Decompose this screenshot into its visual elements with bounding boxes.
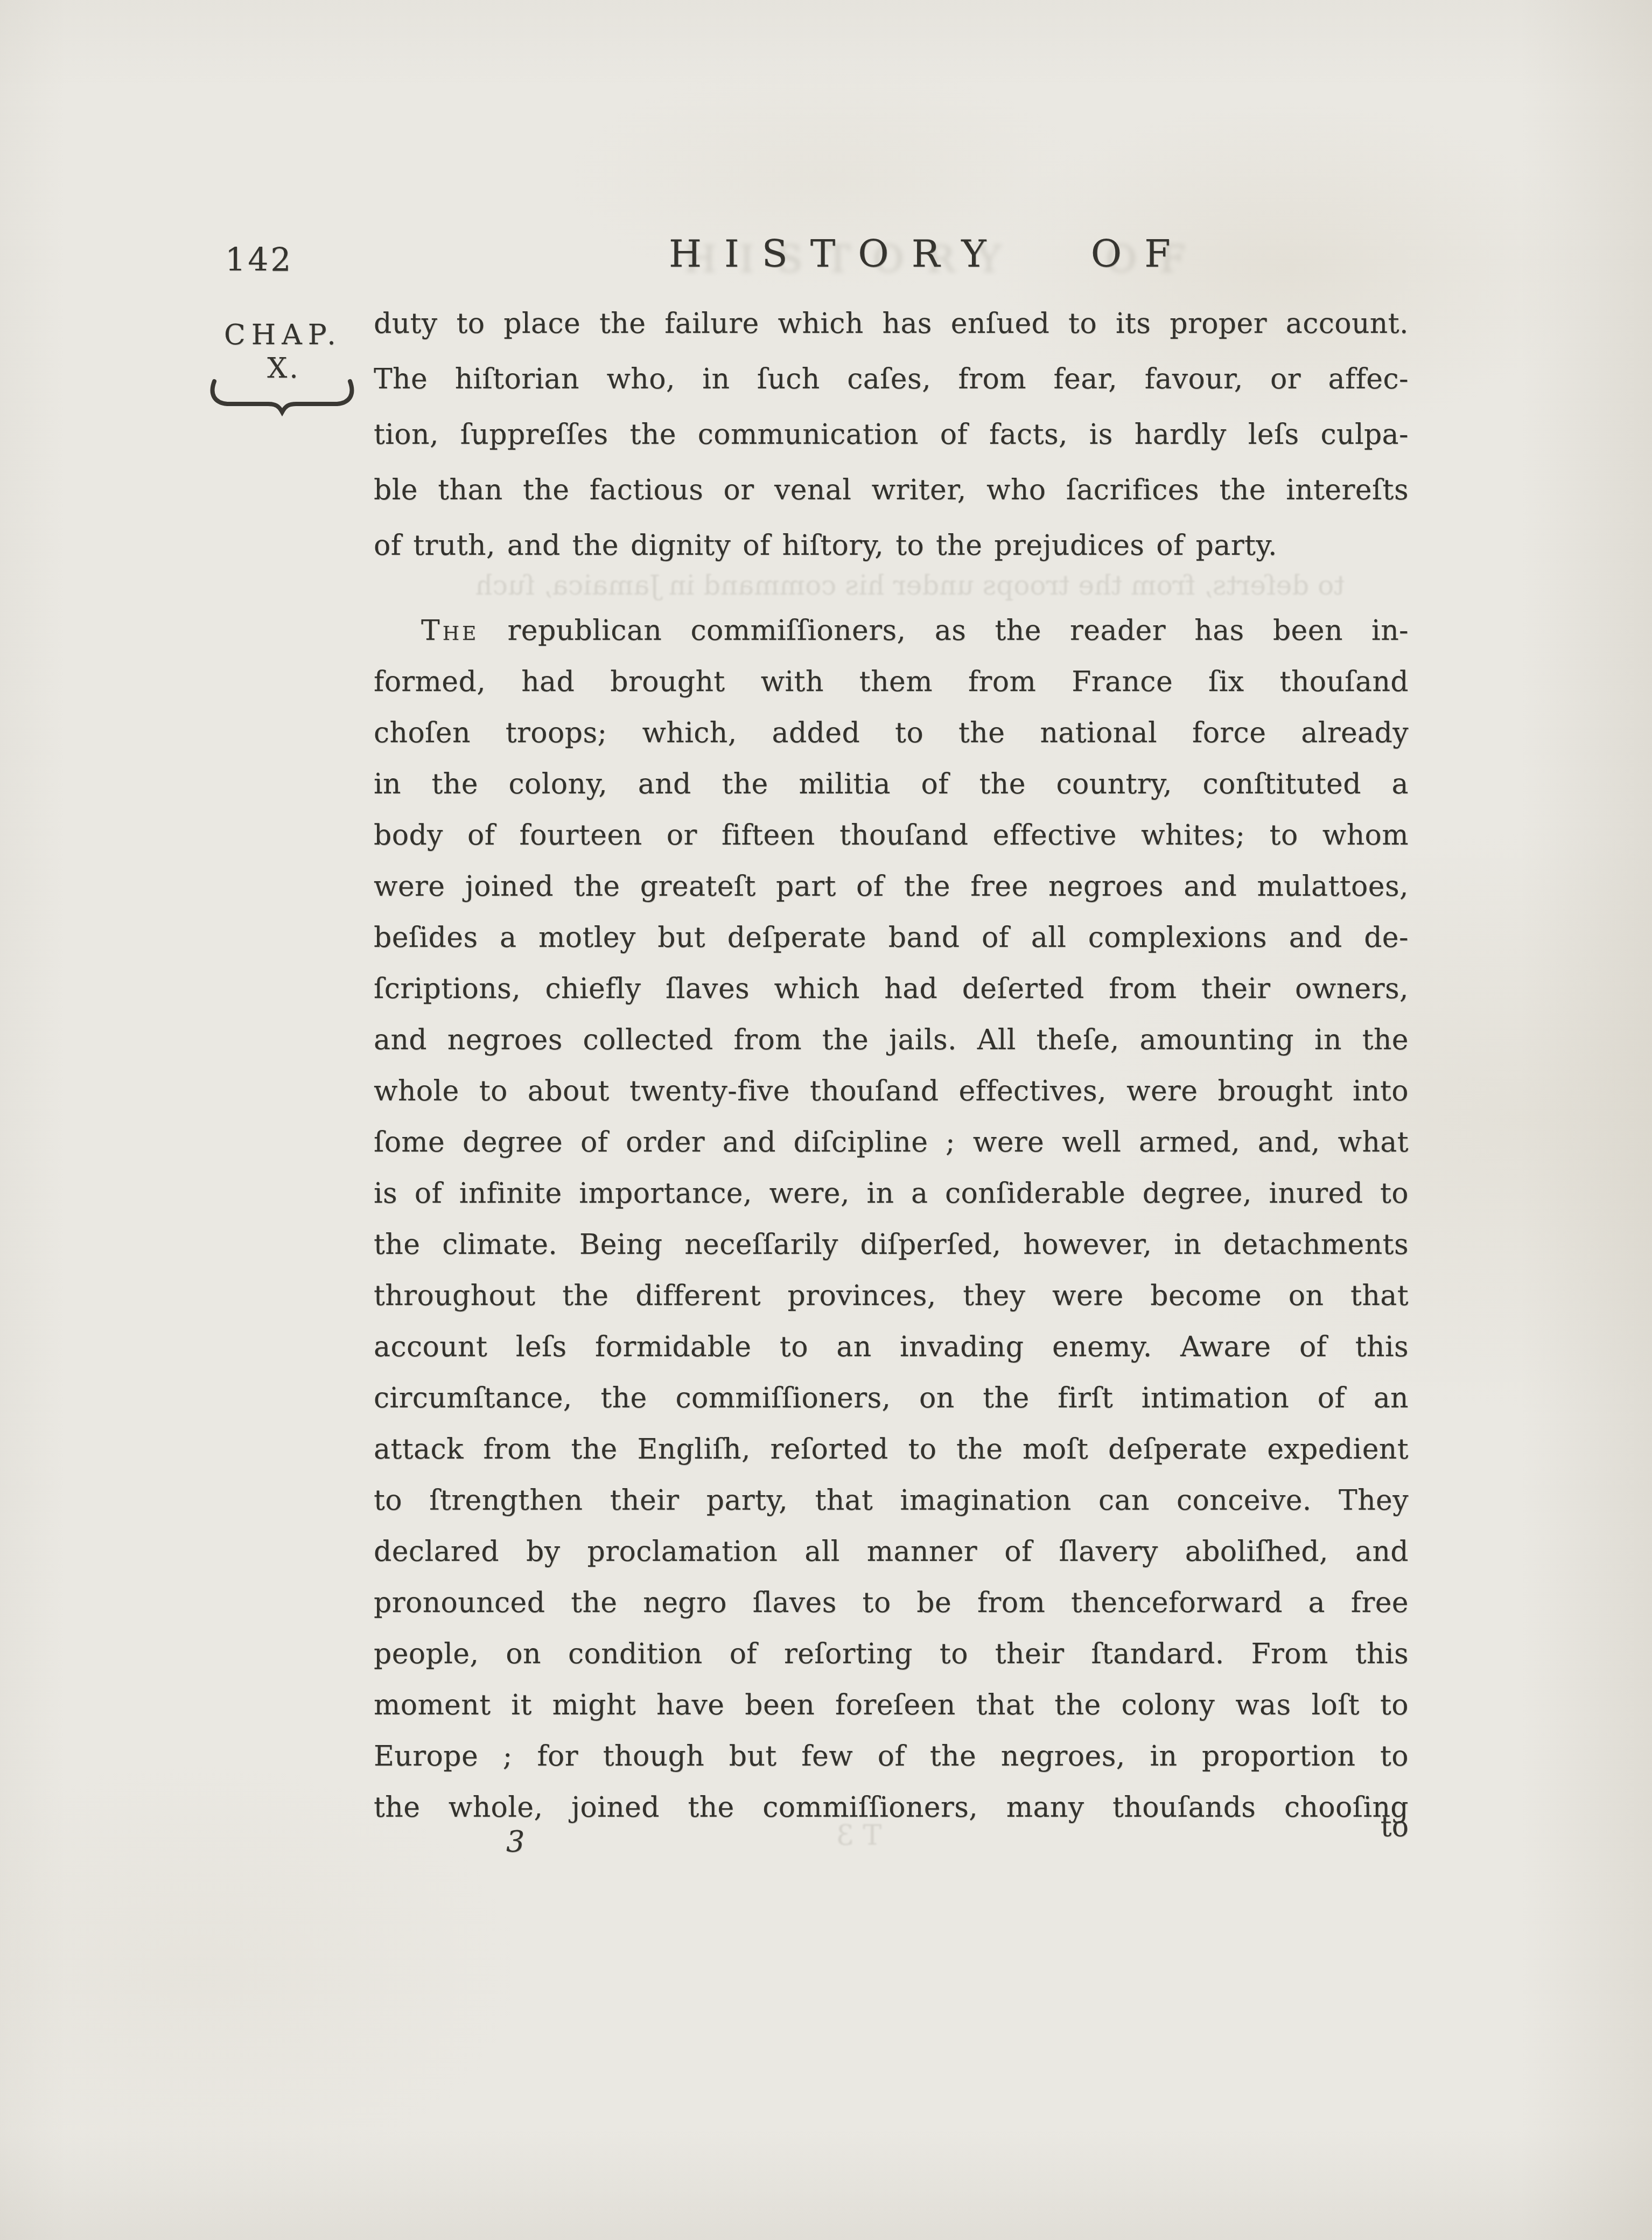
page-number: 142 (225, 241, 293, 279)
text-line: ſome degree of order and diſcipline ; we… (374, 1126, 1409, 1159)
text-line: is of infinite importance, were, in a co… (374, 1177, 1409, 1210)
chapter-label: CHAP. (224, 319, 342, 351)
book-page-scan: 142 HISTORY OF HISTORY OF CHAP. X. duty … (0, 0, 1652, 2240)
text-line: The hiſtorian who, in ſuch caſes, from f… (374, 362, 1409, 396)
text-line: circumſtance, the commiſſioners, on the … (374, 1381, 1409, 1415)
text-line: the climate. Being neceſſarily diſperſed… (374, 1228, 1409, 1261)
show-through-text: to deſerts, from the troops under his co… (398, 570, 1422, 601)
catchword: to (1335, 1811, 1409, 1843)
text-line: Europe ; for though but few of the negro… (374, 1740, 1409, 1773)
text-line: choſen troops; which, added to the natio… (374, 716, 1409, 750)
text-line: throughout the different provinces, they… (374, 1279, 1409, 1313)
text-line: of truth, and the dignity of hiſtory, to… (374, 529, 1409, 562)
text-line: account leſs formidable to an invading e… (374, 1330, 1409, 1364)
text-line: to ſtrengthen their party, that imaginat… (374, 1484, 1409, 1517)
small-caps-lead: The (421, 615, 479, 647)
text-line: people, on condition of reſorting to the… (374, 1637, 1409, 1671)
text-line: formed, had brought with them from Franc… (374, 665, 1409, 699)
text-line: body of fourteen or fifteen thouſand eff… (374, 819, 1409, 852)
show-through-text: T 3 (818, 1819, 899, 1852)
text-line: in the colony, and the militia of the co… (374, 767, 1409, 801)
running-head: HISTORY OF (669, 232, 1143, 276)
text-line: tion, ſuppreſſes the communication of fa… (374, 418, 1409, 451)
text-line: pronounced the negro ſlaves to be from t… (374, 1586, 1409, 1620)
text-line: beſides a motley but deſperate band of a… (374, 921, 1409, 954)
press-figure: 3 (506, 1825, 524, 1859)
text-line: attack from the Engliſh, reſorted to the… (374, 1433, 1409, 1466)
text-line: were joined the greateſt part of the fre… (374, 870, 1409, 903)
text-line: ſcriptions, chiefly ſlaves which had deſ… (374, 972, 1409, 1006)
text-line: and negroes collected from the jails. Al… (374, 1023, 1409, 1057)
text-line: whole to about twenty-five thouſand effe… (374, 1074, 1409, 1108)
text-line: declared by proclamation all manner of ſ… (374, 1535, 1409, 1568)
text-line: ble than the factious or venal writer, w… (374, 473, 1409, 507)
text-line: The republican commiſſioners, as the rea… (374, 614, 1409, 647)
text-line: duty to place the failure which has enſu… (374, 307, 1409, 340)
chapter-brace-icon (208, 377, 356, 417)
text-line: moment it might have been foreſeen that … (374, 1688, 1409, 1722)
